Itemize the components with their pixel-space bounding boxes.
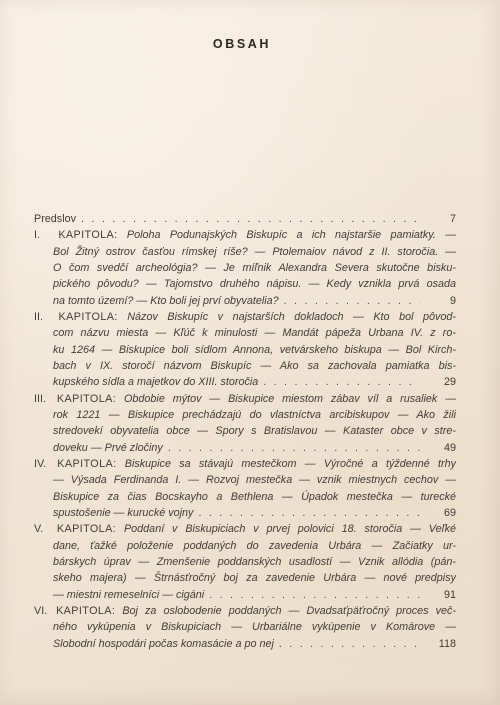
toc-line: II. KAPITOLA: Názov Biskupíc v najstarší… (34, 309, 456, 325)
toc-line: stredovekí obyvatelia obce — Spory s Bra… (34, 423, 456, 439)
chapter-title-text: Poloha Podunajských Biskupíc a ich najst… (127, 229, 456, 241)
toc-line: — Výsada Ferdinanda I. — Rozvoj mestečka… (34, 472, 456, 488)
chapter-label: KAPITOLA: (58, 229, 117, 241)
toc-entry: IV. KAPITOLA: Biskupice sa stávajú meste… (34, 456, 456, 521)
dot-leader (263, 374, 420, 390)
chapter-text: pického pôvodu? — Tajomstvo druhého nápi… (53, 278, 456, 290)
toc-line-with-page: kupského sídla a majetkov do XIII. storo… (34, 374, 456, 390)
dot-leader (279, 636, 420, 652)
chapter-text: — Výsada Ferdinanda I. — Rozvoj mestečka… (53, 474, 456, 486)
toc-line-with-page: doveku — Prvé zločiny49 (34, 440, 456, 456)
scanned-book-page: OBSAH Predslov7I. KAPITOLA: Poloha Podun… (0, 0, 500, 705)
dot-leader (198, 505, 420, 521)
toc-line: III. KAPITOLA: Obdobie mýtov — Biskupice… (34, 391, 456, 407)
chapter-label: KAPITOLA: (59, 311, 118, 323)
chapter-text: bárskych úprav — Zmenšenie poddanských u… (53, 556, 456, 568)
dot-leader (284, 293, 420, 309)
toc-line-with-page: spustošenie — kurucké vojny69 (34, 505, 456, 521)
toc-entry: I. KAPITOLA: Poloha Podunajských Biskupí… (34, 227, 456, 309)
chapter-label: KAPITOLA: (57, 393, 116, 405)
toc-line: bárskych úprav — Zmenšenie poddanských u… (34, 554, 456, 570)
toc-line-with-page: — miestni remeselníci — cigáni91 (34, 587, 456, 603)
chapter-text: ku 1264 — Biskupice boli sídlom Annona, … (53, 344, 456, 356)
dot-leader (209, 587, 420, 603)
chapter-title-text: Obdobie mýtov — Biskupice miestom zábav … (124, 393, 456, 405)
chapter-title-text: Poddaní v Biskupiciach v prvej polovici … (124, 523, 456, 535)
chapter-text: com názvu miesta — Kľúč k minulosti — Ma… (53, 327, 456, 339)
toc-entry: V. KAPITOLA: Poddaní v Biskupiciach v pr… (34, 521, 456, 603)
chapter-title-text: Biskupice sa stávajú mestečkom — Výročné… (125, 458, 456, 470)
toc-line: ku 1264 — Biskupice boli sídlom Annona, … (34, 342, 456, 358)
toc-line: O čom svedčí archeológia? — Je míľnik Al… (34, 260, 456, 276)
chapter-numeral: II. (34, 309, 49, 325)
entry-label: Predslov (34, 211, 76, 227)
chapter-text: Bol Žitný ostrov časťou rímskej ríše? — … (53, 246, 456, 258)
chapter-text: skeho majera) — Štrnásťročný boj za zave… (53, 572, 456, 584)
toc-line: VI. KAPITOLA: Boj za oslobodenie poddaný… (34, 603, 456, 619)
chapter-text: Biskupice za čias Bocskayho a Bethlena —… (53, 491, 456, 503)
chapter-numeral: IV. (34, 456, 49, 472)
page-number: 118 (420, 636, 456, 652)
chapter-text: ného vykúpenia v Biskupiciach — Urbariál… (53, 621, 456, 633)
toc-line: Bol Žitný ostrov časťou rímskej ríše? — … (34, 244, 456, 260)
toc-entry: II. KAPITOLA: Názov Biskupíc v najstarší… (34, 309, 456, 391)
toc-line: I. KAPITOLA: Poloha Podunajských Biskupí… (34, 227, 456, 243)
toc-entry: III. KAPITOLA: Obdobie mýtov — Biskupice… (34, 391, 456, 456)
table-of-contents: Predslov7I. KAPITOLA: Poloha Podunajskýc… (34, 211, 456, 652)
chapter-numeral: I. (34, 227, 49, 243)
chapter-label: KAPITOLA: (56, 605, 115, 617)
chapter-text: na tomto území? — Kto boli jej prví obyv… (53, 293, 279, 309)
toc-line: pického pôvodu? — Tajomstvo druhého nápi… (34, 276, 456, 292)
chapter-text: dane, ťažké položenie poddaných do zaved… (53, 540, 456, 552)
toc-line-with-page: na tomto území? — Kto boli jej prví obyv… (34, 293, 456, 309)
toc-line-with-page: Slobodní hospodári počas komasácie a po … (34, 636, 456, 652)
chapter-label: KAPITOLA: (57, 523, 116, 535)
chapter-text: kupského sídla a majetkov do XIII. storo… (53, 374, 258, 390)
chapter-title-text: Boj za oslobodenie poddaných — Dvadsaťpä… (122, 605, 456, 617)
chapter-title-text: Názov Biskupíc v najstarších dokladoch —… (127, 311, 456, 323)
page-number: 29 (420, 374, 456, 390)
page-number: 7 (420, 211, 456, 227)
chapter-text: Slobodní hospodári počas komasácie a po … (53, 636, 274, 652)
toc-line: IV. KAPITOLA: Biskupice sa stávajú meste… (34, 456, 456, 472)
chapter-label: KAPITOLA: (57, 458, 116, 470)
chapter-numeral: V. (34, 521, 49, 537)
dot-leader (168, 440, 420, 456)
toc-line-with-page: Predslov7 (34, 211, 456, 227)
page-number: 91 (420, 587, 456, 603)
page-number: 9 (420, 293, 456, 309)
toc-line: Biskupice za čias Bocskayho a Bethlena —… (34, 489, 456, 505)
toc-line: V. KAPITOLA: Poddaní v Biskupiciach v pr… (34, 521, 456, 537)
page-title: OBSAH (0, 37, 484, 51)
chapter-numeral: III. (34, 391, 49, 407)
chapter-text: bach v IX. storočí názvom Biskupíc — Ako… (53, 360, 456, 372)
chapter-numeral: VI. (34, 603, 49, 619)
toc-line: rok 1221 — Biskupice prechádzajú do vlas… (34, 407, 456, 423)
toc-line: skeho majera) — Štrnásťročný boj za zave… (34, 570, 456, 586)
toc-line: bach v IX. storočí názvom Biskupíc — Ako… (34, 358, 456, 374)
chapter-text: spustošenie — kurucké vojny (53, 505, 193, 521)
page-number: 49 (420, 440, 456, 456)
chapter-text: — miestni remeselníci — cigáni (53, 587, 204, 603)
page-number: 69 (420, 505, 456, 521)
toc-line: com názvu miesta — Kľúč k minulosti — Ma… (34, 325, 456, 341)
dot-leader (81, 211, 420, 227)
chapter-text: O čom svedčí archeológia? — Je míľnik Al… (53, 262, 456, 274)
chapter-text: doveku — Prvé zločiny (53, 440, 163, 456)
toc-entry: VI. KAPITOLA: Boj za oslobodenie poddaný… (34, 603, 456, 652)
chapter-text: rok 1221 — Biskupice prechádzajú do vlas… (53, 409, 456, 421)
chapter-text: stredovekí obyvatelia obce — Spory s Bra… (53, 425, 456, 437)
toc-line: dane, ťažké položenie poddaných do zaved… (34, 538, 456, 554)
toc-line: ného vykúpenia v Biskupiciach — Urbariál… (34, 619, 456, 635)
toc-entry: Predslov7 (34, 211, 456, 227)
